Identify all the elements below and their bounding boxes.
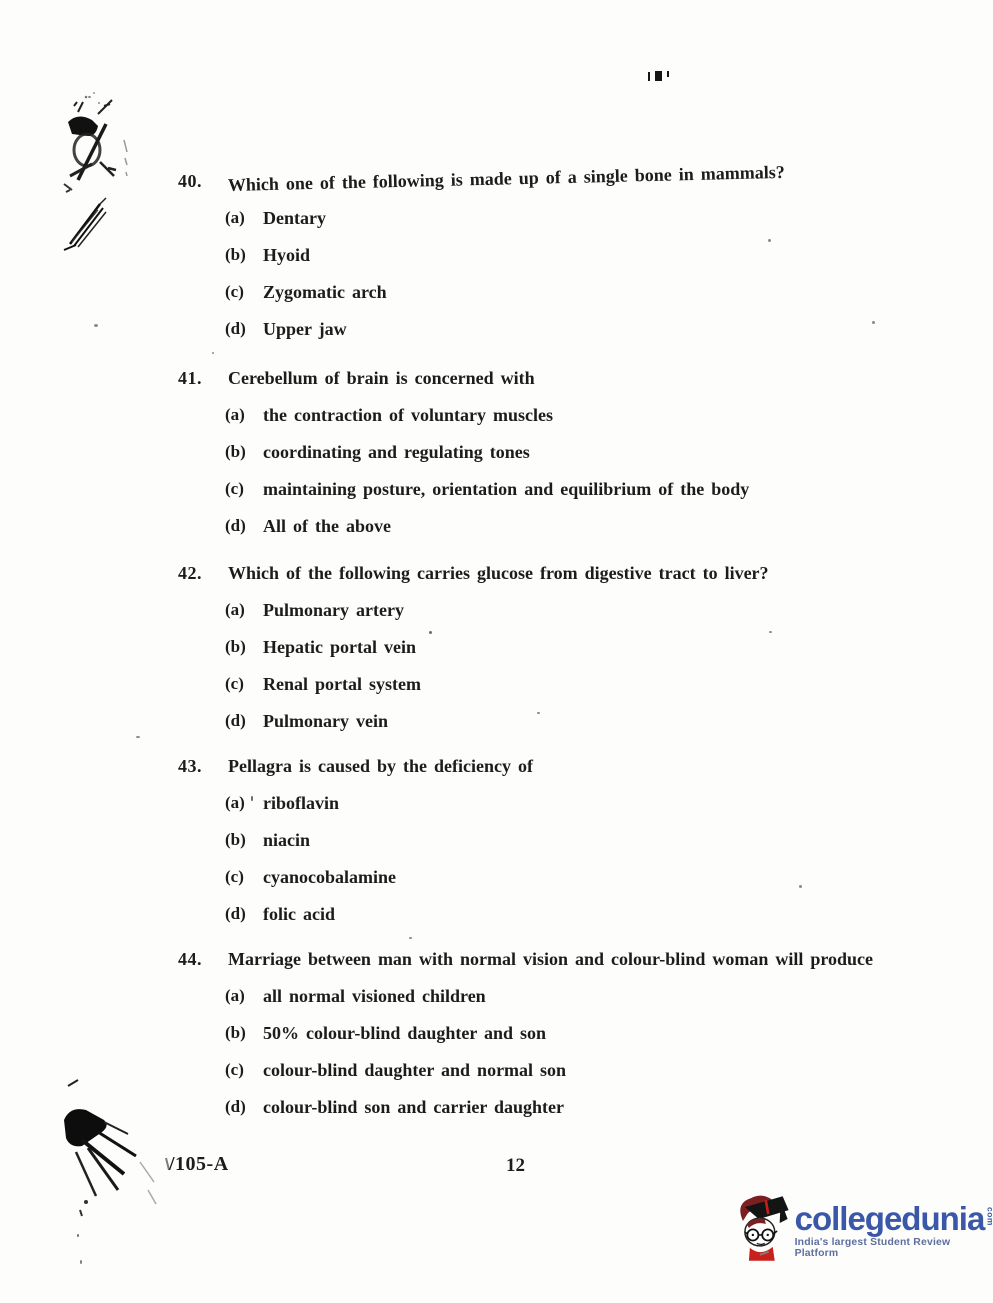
collegedunia-logo: collegedunia com India's largest Student… [733, 1191, 993, 1263]
option-text: maintaining posture, orientation and equ… [263, 478, 749, 500]
page-number: 12 [506, 1155, 525, 1177]
brand-tld: com [985, 1207, 993, 1226]
option-text: Pulmonary artery [263, 599, 404, 621]
noise-speck [98, 102, 100, 104]
option-label: (a) [225, 792, 263, 814]
option-text: riboflavin [263, 792, 339, 814]
option-row: (c) Zygomatic arch [178, 281, 898, 303]
question-number: 44. [178, 948, 228, 970]
option-row: (c) Renal portal system [178, 673, 898, 695]
pen-stroke-icon [60, 192, 116, 252]
option-text: coordinating and regulating tones [263, 441, 530, 463]
option-text: Renal portal system [263, 673, 421, 695]
brand-tagline: India's largest Student Review Platform [795, 1237, 993, 1259]
option-label: (a) [225, 599, 263, 621]
option-text: Hyoid [263, 244, 310, 266]
option-label: (d) [225, 318, 263, 340]
question-text: Marriage between man with normal vision … [228, 948, 873, 970]
option-row: (a) the contraction of voluntary muscles [178, 404, 898, 426]
option-label: (c) [225, 673, 263, 695]
option-label: (b) [225, 441, 263, 463]
option-row: (b) niacin [178, 829, 898, 851]
noise-speck [409, 937, 412, 939]
option-row: (d) colour-blind son and carrier daughte… [178, 1096, 898, 1118]
option-text: niacin [263, 829, 310, 851]
option-text: colour-blind son and carrier daughter [263, 1096, 564, 1118]
noise-speck [136, 736, 140, 738]
option-row: (c) maintaining posture, orientation and… [178, 478, 898, 500]
option-row: (d) Upper jaw [178, 318, 898, 340]
noise-speck [88, 96, 91, 98]
option-label: (b) [225, 244, 263, 266]
option-label: (a) [225, 404, 263, 426]
noise-speck [94, 324, 98, 327]
question-block: 42. Which of the following carries gluco… [178, 562, 898, 732]
option-label: (d) [225, 710, 263, 732]
question-number: 43. [178, 755, 228, 777]
option-row: (a) Pulmonary artery [178, 599, 898, 621]
option-text: Hepatic portal vein [263, 636, 416, 658]
option-row: (b) Hepatic portal vein [178, 636, 898, 658]
option-text: 50% colour-blind daughter and son [263, 1022, 546, 1044]
option-text: the contraction of voluntary muscles [263, 404, 553, 426]
option-label: (c) [225, 478, 263, 500]
noise-speck [80, 1260, 82, 1264]
question-block: 41. Cerebellum of brain is concerned wit… [178, 367, 898, 537]
option-label: (d) [225, 1096, 263, 1118]
option-text: all normal visioned children [263, 985, 486, 1007]
option-row: (d) All of the above [178, 515, 898, 537]
option-row: (a) Dentary [178, 207, 898, 229]
question-text: Which one of the following is made up of… [228, 161, 785, 196]
option-text: All of the above [263, 515, 391, 537]
option-label: (c) [225, 1059, 263, 1081]
option-row: (b) Hyoid [178, 244, 898, 266]
option-text: Pulmonary vein [263, 710, 388, 732]
option-text: colour-blind daughter and normal son [263, 1059, 566, 1081]
student-mascot-icon [733, 1191, 791, 1263]
question-number: 40. [178, 170, 228, 192]
option-row: (c) colour-blind daughter and normal son [178, 1059, 898, 1081]
option-text: folic acid [263, 903, 335, 925]
question-text: Pellagra is caused by the deficiency of [228, 755, 533, 777]
option-label: (c) [225, 866, 263, 888]
question-text: Which of the following carries glucose f… [228, 562, 769, 584]
question-block: 40. Which one of the following is made u… [178, 170, 898, 340]
option-label: (b) [225, 829, 263, 851]
option-row: (b) coordinating and regulating tones [178, 441, 898, 463]
option-label: (b) [225, 1022, 263, 1044]
question-number: 42. [178, 562, 228, 584]
option-text: Upper jaw [263, 318, 347, 340]
noise-speck [77, 1234, 79, 1237]
option-row: (a) all normal visioned children [178, 985, 898, 1007]
option-row: (d) folic acid [178, 903, 898, 925]
question-number: 41. [178, 367, 228, 389]
ink-blot-icon [52, 1078, 182, 1218]
question-block: 43. Pellagra is caused by the deficiency… [178, 755, 898, 925]
option-text: Zygomatic arch [263, 281, 387, 303]
option-label: (b) [225, 636, 263, 658]
paper-code: /105-A [169, 1153, 229, 1176]
option-row: (d) Pulmonary vein [178, 710, 898, 732]
option-row: (b) 50% colour-blind daughter and son [178, 1022, 898, 1044]
option-text: Dentary [263, 207, 326, 229]
registration-mark [648, 71, 669, 81]
noise-speck [212, 352, 214, 354]
option-label: (a) [225, 985, 263, 1007]
option-row: (a) riboflavin [178, 792, 898, 814]
option-label: (a) [225, 207, 263, 229]
question-text: Cerebellum of brain is concerned with [228, 367, 535, 389]
option-text: cyanocobalamine [263, 866, 396, 888]
question-block: 44. Marriage between man with normal vis… [178, 948, 898, 1118]
option-label: (c) [225, 281, 263, 303]
brand-wordmark: collegedunia [795, 1204, 985, 1234]
option-row: (c) cyanocobalamine [178, 866, 898, 888]
option-label: (d) [225, 515, 263, 537]
option-label: (d) [225, 903, 263, 925]
